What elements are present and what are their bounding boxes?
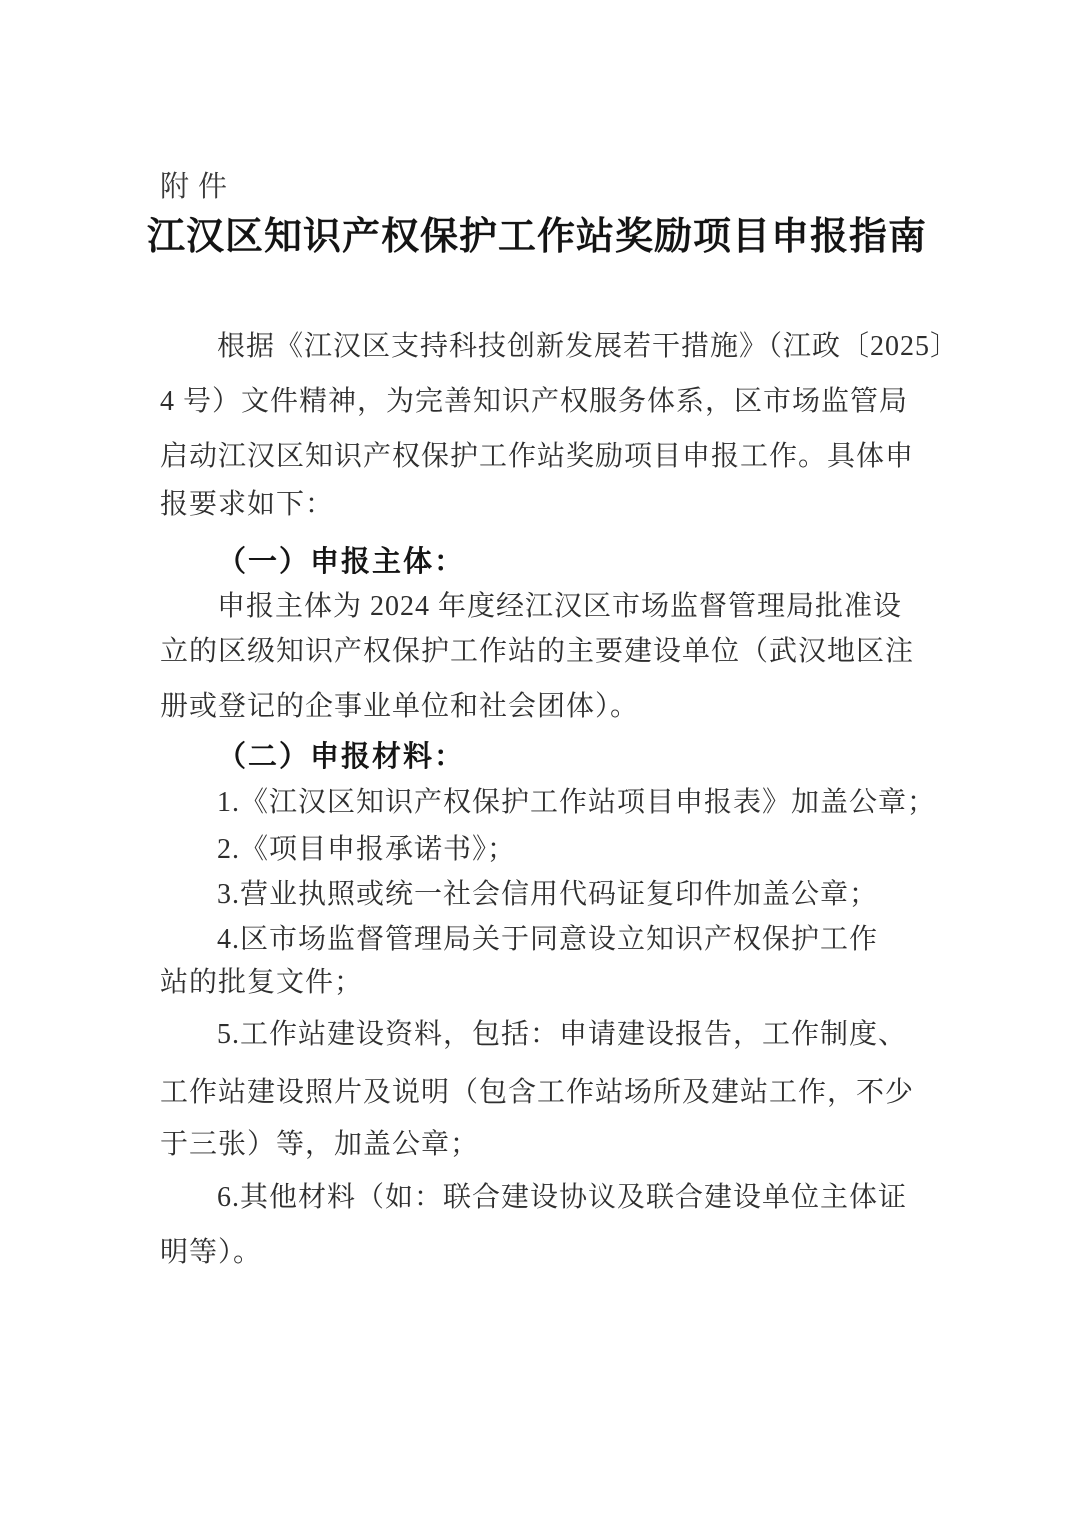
section1-line-1: 申报主体为 2024 年度经江汉区市场监督管理局批准设 xyxy=(217,590,987,624)
section1-heading: （一）申报主体： xyxy=(217,545,987,580)
intro-line-4: 报要求如下： xyxy=(160,488,930,522)
item6-line-1: 6.其他材料（如：联合建设协议及联合建设单位主体证 xyxy=(217,1181,987,1215)
item2-line-1: 2.《项目申报承诺书》； xyxy=(217,833,987,867)
attachment-label: 附件 xyxy=(160,164,236,205)
item1-line-1: 1.《江汉区知识产权保护工作站项目申报表》加盖公章； xyxy=(217,786,987,820)
item5-line-3: 于三张）等，加盖公章； xyxy=(160,1128,930,1162)
intro-line-2: 4 号）文件精神，为完善知识产权服务体系，区市场监管局 xyxy=(160,385,930,419)
intro-line-3: 启动江汉区知识产权保护工作站奖励项目申报工作。具体申 xyxy=(160,440,930,474)
item5-line-2: 工作站建设照片及说明（包含工作站场所及建站工作，不少 xyxy=(160,1076,930,1110)
section1-line-2: 立的区级知识产权保护工作站的主要建设单位（武汉地区注 xyxy=(160,635,930,669)
item4-line-2: 站的批复文件； xyxy=(160,966,930,1000)
item4-line-1: 4.区市场监督管理局关于同意设立知识产权保护工作 xyxy=(217,923,987,957)
section2-heading: （二）申报材料： xyxy=(217,740,987,775)
document-title: 江汉区知识产权保护工作站奖励项目申报指南 xyxy=(0,205,1074,260)
item5-line-1: 5.工作站建设资料，包括：申请建设报告，工作制度、 xyxy=(217,1018,987,1052)
section1-line-3: 册或登记的企事业单位和社会团体）。 xyxy=(160,690,930,724)
item6-line-2: 明等）。 xyxy=(160,1236,930,1270)
intro-line-1: 根据《江汉区支持科技创新发展若干措施》（江政〔2025〕 xyxy=(217,330,987,364)
item3-line-1: 3.营业执照或统一社会信用代码证复印件加盖公章； xyxy=(217,878,987,912)
document-page: 附件 江汉区知识产权保护工作站奖励项目申报指南 根据《江汉区支持科技创新发展若干… xyxy=(0,0,1074,1520)
